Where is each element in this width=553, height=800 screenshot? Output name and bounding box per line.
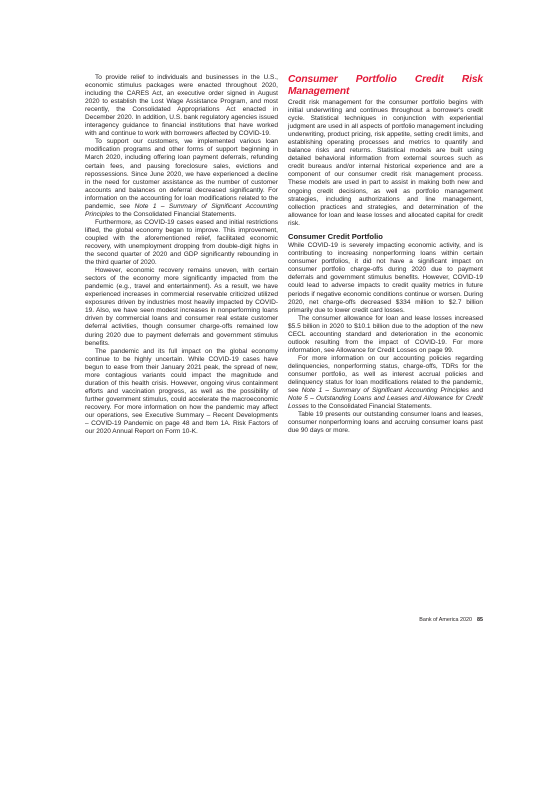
paragraph-customer-support: To support our customers, we implemented… bbox=[85, 138, 278, 218]
paragraph-credit-risk-intro: Credit risk management for the consumer … bbox=[288, 99, 483, 228]
subsection-heading: Consumer Credit Portfolio bbox=[288, 232, 483, 242]
paragraph-economic-recovery: Furthermore, as COVID-19 cases eased and… bbox=[85, 219, 278, 267]
section-heading: Consumer Portfolio Credit Risk Managemen… bbox=[288, 74, 483, 98]
text-segment: to the Consolidated Financial Statements… bbox=[309, 403, 432, 410]
page-number: 85 bbox=[477, 617, 483, 623]
text-segment: To support our customers, we implemented… bbox=[85, 138, 278, 209]
paragraph-relief-programs: To provide relief to individuals and bus… bbox=[85, 74, 278, 138]
left-column: To provide relief to individuals and bus… bbox=[85, 74, 278, 436]
paragraph-covid-impact: While COVID-19 is severely impacting eco… bbox=[288, 242, 483, 314]
page-footer: Bank of America 202085 bbox=[380, 617, 483, 623]
paragraph-accounting-policies: For more information on our accounting p… bbox=[288, 355, 483, 411]
paragraph-uneven-recovery: However, economic recovery remains uneve… bbox=[85, 267, 278, 347]
paragraph-table-19: Table 19 presents our outstanding consum… bbox=[288, 411, 483, 435]
paragraph-allowance: The consumer allowance for loan and leas… bbox=[288, 315, 483, 355]
publication-name: Bank of America 2020 bbox=[419, 617, 472, 623]
right-column: Consumer Portfolio Credit Risk Managemen… bbox=[288, 74, 483, 435]
text-segment: and bbox=[469, 387, 483, 394]
note-reference: Note 1 – Summary of Significant Accounti… bbox=[302, 387, 469, 394]
paragraph-pandemic-uncertainty: The pandemic and its full impact on the … bbox=[85, 348, 278, 437]
text-segment: to the Consolidated Financial Statements… bbox=[113, 211, 236, 218]
